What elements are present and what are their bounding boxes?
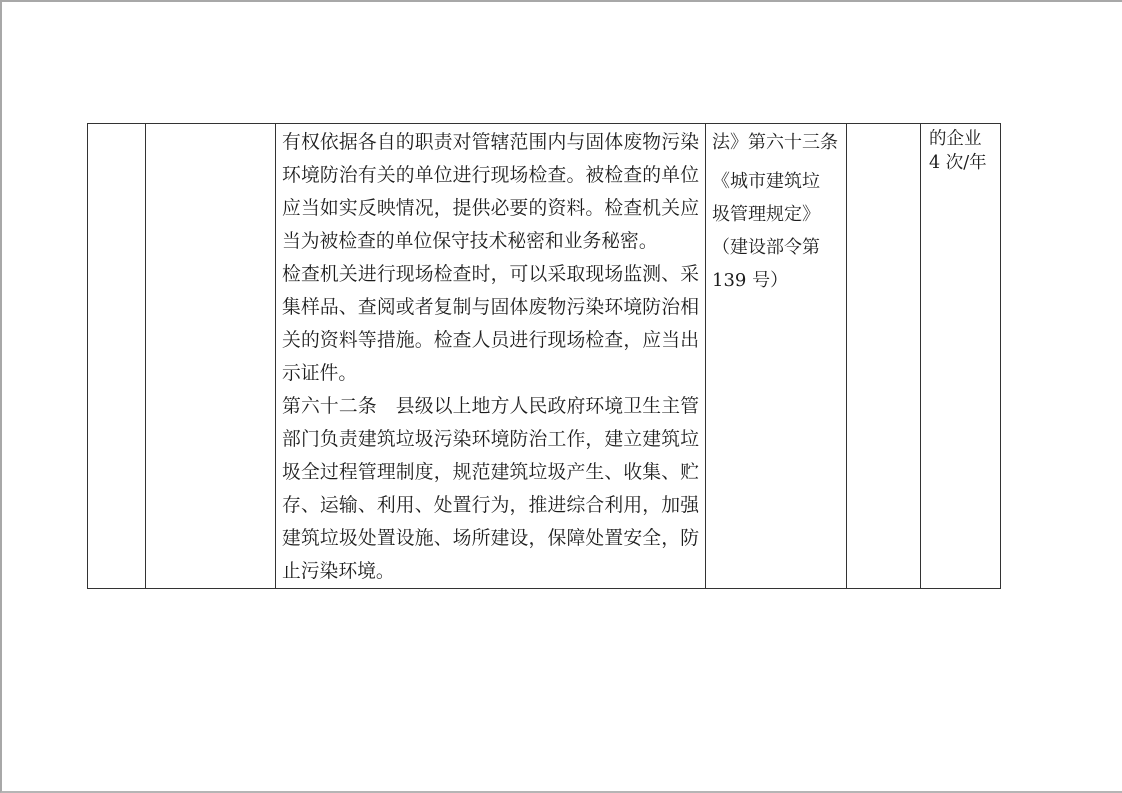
paragraph-inspection-measures: 检查机关进行现场检查时，可以采取现场监测、采集样品、查阅或者复制与固体废物污染环… (282, 258, 699, 390)
cell-serial-number (88, 124, 146, 589)
paragraph-onsite-inspection-duty: 有权依据各自的职责对管辖范围内与固体废物污染环境防治有关的单位进行现场检查。被检… (282, 126, 699, 258)
paragraph-article-62: 第六十二条 县级以上地方人民政府环境卫生主管部门负责建筑垃圾污染环境防治工作，建… (282, 390, 699, 588)
table-row: 有权依据各自的职责对管辖范围内与固体废物污染环境防治有关的单位进行现场检查。被检… (88, 124, 1001, 589)
cell-inspection-frequency: 的企业 4 次/年 (921, 124, 1001, 589)
document-page: 有权依据各自的职责对管辖范围内与固体废物污染环境防治有关的单位进行现场检查。被检… (2, 2, 1122, 791)
cell-legal-basis: 法》第六十三条 《城市建筑垃 圾管理规定》 （建设部令第 139 号） (706, 124, 847, 589)
regulation-table: 有权依据各自的职责对管辖范围内与固体废物污染环境防治有关的单位进行现场检查。被检… (87, 123, 1001, 589)
legal-basis-regulation: 《城市建筑垃 圾管理规定》 （建设部令第 139 号） (712, 165, 841, 297)
legal-basis-law-article: 法》第六十三条 (712, 126, 841, 159)
cell-blank (847, 124, 921, 589)
cell-inspection-item (146, 124, 276, 589)
cell-regulation-content: 有权依据各自的职责对管辖范围内与固体废物污染环境防治有关的单位进行现场检查。被检… (276, 124, 706, 589)
